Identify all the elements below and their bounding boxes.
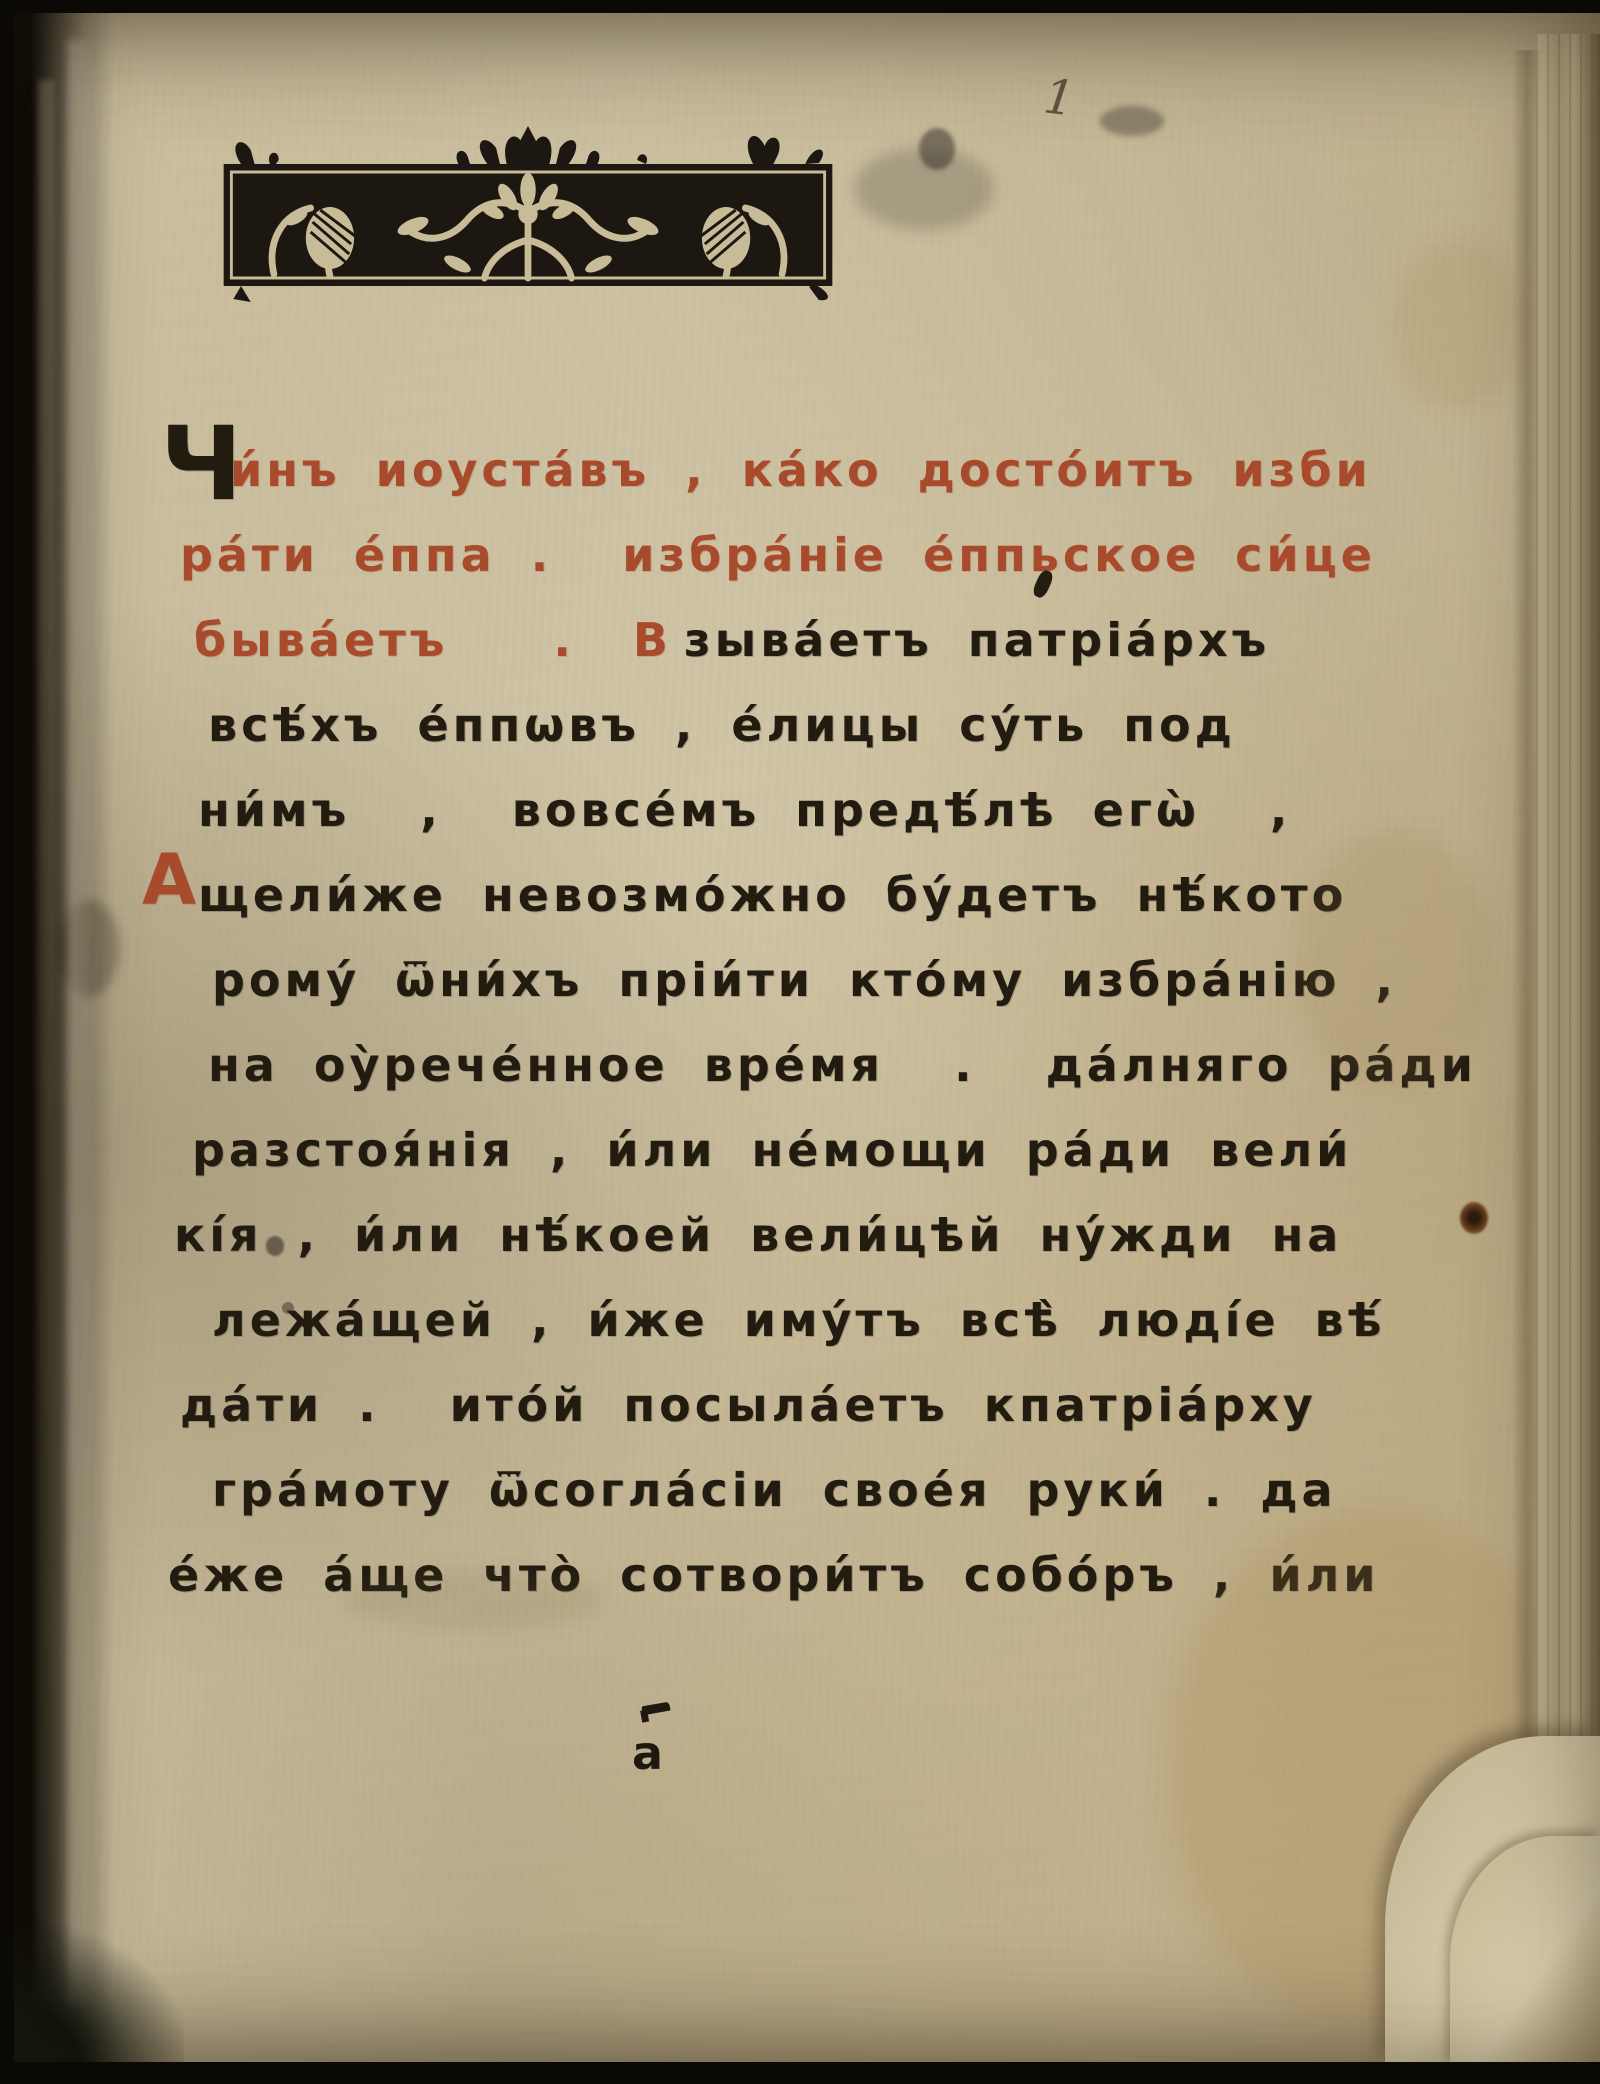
body-text: кі́я , и́ли нѣ́коей вели́цѣй ну́жди на	[174, 1208, 1342, 1262]
folio-number: 1	[1041, 68, 1078, 127]
body-text: ни́мъ , вовсе́мъ предѣ́лѣ егѡ̀ ,	[198, 783, 1291, 837]
body-text: гра́моту ѿсогла́сіи свое́я руки́ . да	[212, 1463, 1337, 1517]
headpiece-pendants	[233, 284, 828, 302]
quire-signature: а	[632, 1726, 663, 1780]
body-text: лежа́щей , и́же иму́тъ всѣ̀ люді́е вѣ́	[212, 1293, 1386, 1347]
text-line-13: гра́моту ѿсогла́сіи свое́я руки́ . да	[166, 1454, 1276, 1539]
body-text: рому́ ѿни́хъ пріи́ти кто́му избра́нію ,	[212, 953, 1397, 1007]
scan-bottom-border	[0, 2062, 1600, 2084]
text-line-4: всѣ́хъ е́ппѡвъ , е́лицы су́ть под	[166, 689, 1276, 774]
stain	[854, 148, 994, 230]
book-page-scan: 1 Чи́нъ иоуста́въ , ка́ко досто́итъ изби…	[0, 0, 1600, 2084]
text-line-14: е́же а́ще что̀ сотвори́тъ собо́ръ , и́ли	[166, 1539, 1276, 1624]
body-text: на оу̀рече́нное вре́мя . да́лняго ра́ди	[208, 1038, 1477, 1092]
body-text: разстоя́нія , и́ли не́мощи ра́ди вели́	[192, 1123, 1352, 1177]
paper-leaf: 1 Чи́нъ иоуста́въ , ка́ко досто́итъ изби…	[14, 10, 1600, 2066]
rubric-text: быва́етъ .	[194, 613, 575, 667]
headpiece-top-sprigs	[235, 126, 823, 164]
text-line-11: лежа́щей , и́же иму́тъ всѣ̀ люді́е вѣ́	[166, 1284, 1276, 1369]
text-line-2: ра́ти е́ппа . избра́ніе е́ппьское си́це	[166, 519, 1276, 604]
text-line-10: кі́я , и́ли нѣ́коей вели́цѣй ну́жди на	[166, 1199, 1276, 1284]
text-line-1: Чи́нъ иоуста́въ , ка́ко досто́итъ изби	[166, 434, 1276, 519]
rubric-text: и́нъ иоуста́въ , ка́ко досто́итъ изби	[230, 443, 1372, 497]
text-line-6: Ащели́же невозмо́жно бу́детъ нѣ́кото	[166, 859, 1276, 944]
rubric-text: ра́ти е́ппа . избра́ніе е́ппьское си́це	[180, 528, 1376, 582]
text-line-3: быва́етъ .Взыва́етъ патріа́рхъ	[166, 604, 1276, 689]
text-line-8: на оу̀рече́нное вре́мя . да́лняго ра́ди	[166, 1029, 1276, 1114]
body-text: да́ти . ито́й посыла́етъ кпатріа́рху	[180, 1378, 1317, 1432]
quire-signature-titlo	[641, 1702, 670, 1716]
floral-woodcut-headpiece-icon	[214, 126, 842, 302]
stain	[1394, 240, 1524, 410]
stain	[1100, 106, 1164, 136]
body-text: всѣ́хъ е́ппѡвъ , е́лицы су́ть под	[208, 698, 1236, 752]
page-edge-crease	[1512, 50, 1542, 1866]
body-text: щели́же невозмо́жно бу́детъ нѣ́кото	[198, 868, 1347, 922]
text-line-5: ни́мъ , вовсе́мъ предѣ́лѣ егѡ̀ ,	[166, 774, 1276, 859]
text-block: Чи́нъ иоуста́въ , ка́ко досто́итъ изби р…	[166, 434, 1276, 1624]
body-text: е́же а́ще что̀ сотвори́тъ собо́ръ , и́ли	[168, 1548, 1380, 1602]
drop-cap-initial: Ч	[160, 414, 242, 516]
text-line-7: рому́ ѿни́хъ пріи́ти кто́му избра́нію ,	[166, 944, 1276, 1029]
body-text: зыва́етъ патріа́рхъ	[684, 613, 1270, 667]
text-line-12: да́ти . ито́й посыла́етъ кпатріа́рху	[166, 1369, 1276, 1454]
scan-top-border	[0, 0, 1600, 13]
stain	[919, 128, 955, 170]
burn-spot	[1460, 1202, 1488, 1234]
left-page-edge	[68, 40, 94, 2006]
book-spine-shadow	[14, 10, 114, 2066]
binding-corner-shadow	[14, 1926, 184, 2066]
margin-initial: А	[142, 845, 196, 915]
text-line-9: разстоя́нія , и́ли не́мощи ра́ди вели́	[166, 1114, 1276, 1199]
spine-highlight	[38, 80, 54, 1976]
rubric-initial: В	[633, 613, 672, 667]
